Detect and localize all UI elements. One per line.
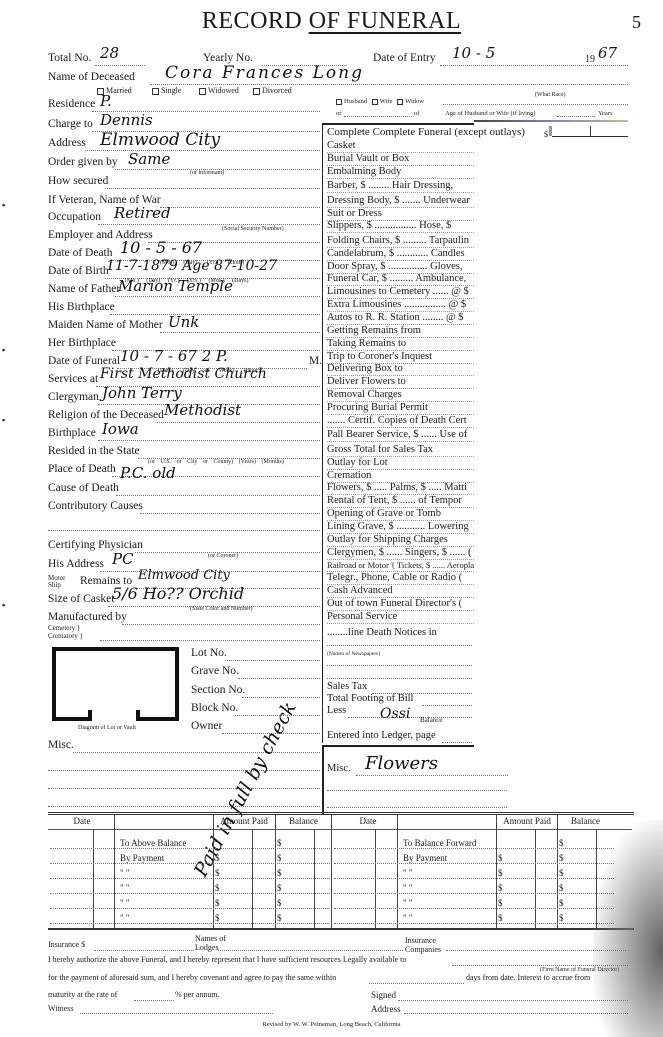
charge-item[interactable]: Pall Bearer Service, $ ...... Use of [327, 429, 474, 442]
signed-label: Signed [371, 990, 396, 1000]
how-secured-label: How secured [48, 175, 108, 187]
grave-no-label: Grave No. [191, 665, 239, 677]
ledger-row-balance[interactable]: $ [559, 883, 564, 893]
charge-item[interactable]: Suit or Dress [327, 208, 474, 221]
father-name-label: Name of Father [48, 283, 120, 295]
charge-to-label: Charge to [48, 118, 93, 130]
checkbox-icon [199, 88, 206, 95]
charges-box-top-ext [474, 120, 628, 122]
charge-item[interactable]: Burial Vault or Box [327, 153, 474, 166]
charge-item[interactable]: Deliver Flowers to [327, 376, 474, 389]
ledger-row-balance[interactable]: $ [277, 853, 282, 863]
size-of-casket-label: Size of Casket [48, 593, 114, 605]
ledger-row-amount[interactable]: $ [498, 898, 503, 908]
ledger-row-desc: By Payment [403, 853, 447, 863]
complete-funeral-label: Complete Complete Funeral (except outlay… [327, 126, 525, 138]
ledger-right-header-rule [332, 829, 632, 830]
marital-divorced[interactable]: Divorced [253, 86, 292, 95]
order-given-by-label: Order given by [48, 156, 118, 168]
name-of-deceased-value[interactable]: Cora Frances Long [165, 63, 364, 83]
age-spouse-label: Age of Husband or Wife (if living) [445, 110, 536, 117]
misc-right-line2[interactable] [327, 790, 507, 791]
title-record: RECORD [202, 8, 302, 34]
charge-item[interactable]: ....... Certif. Copies of Death Cert [327, 415, 474, 428]
date-of-funeral-value[interactable]: 10 - 7 - 67 2 P. [120, 347, 228, 365]
charge-item[interactable]: Folding Chairs, $ ......... Tarpaulin [327, 235, 474, 248]
ledger-vline [252, 830, 253, 928]
charge-item[interactable]: Telegr., Phone, Cable or Radio ( [327, 572, 474, 585]
charge-item[interactable]: Procuring Burial Permit [327, 402, 474, 415]
ledger-row-balance[interactable]: $ [559, 868, 564, 878]
margin-mark: ▪ [2, 200, 5, 210]
ledger-row-desc: " " [403, 868, 413, 878]
death-notices-label: ........line Death Notices in [327, 627, 437, 638]
section-no-label: Section No. [191, 684, 245, 696]
ledger-row-desc: To Balance Forward [403, 838, 476, 848]
lot-no-field[interactable] [225, 660, 320, 661]
balance-label: Balance [420, 716, 443, 724]
ledger-row-desc: " " [120, 913, 130, 923]
ledger-vline [93, 830, 94, 928]
ledger-left-amount-header: Amount Paid [214, 816, 274, 826]
checkbox-icon [152, 88, 159, 95]
ledger-left-date-header: Date [50, 816, 114, 826]
interest-rate-field[interactable] [134, 1000, 174, 1001]
charges-box-top [322, 123, 474, 125]
charge-item[interactable]: Funeral Car, $ ......... Ambulance, [327, 273, 474, 286]
religion-value[interactable]: Methodist [164, 401, 241, 419]
charge-item[interactable]: Flowers, $ ..... Palms, $ ..... Matti [327, 482, 474, 495]
ssn-note: (Social Security Number) [222, 226, 284, 232]
marital-single[interactable]: Single [152, 86, 181, 95]
total-no-line [95, 65, 145, 66]
mother-maiden-name-label: Maiden Name of Mother [48, 319, 163, 331]
revised-by-credit: Revised by W. W. Peineman, Long Beach, C… [0, 1021, 663, 1028]
ledger-divider [331, 815, 332, 928]
name-line [150, 84, 628, 85]
ledger-row-balance[interactable]: $ [277, 838, 282, 848]
ledger-right-date-header: Date [338, 816, 398, 826]
ledger-vline [375, 830, 376, 928]
total-footing-label: Total Footing of Bill [327, 693, 413, 704]
years-label: Years [598, 110, 613, 117]
marital-widowed[interactable]: Widowed [199, 86, 239, 95]
charge-item[interactable]: Out of town Funeral Director's ( [327, 598, 474, 611]
order-given-by-value[interactable]: Same [128, 150, 170, 168]
less-label: Less [327, 705, 346, 716]
lodges-field[interactable] [218, 950, 403, 951]
misc-left-line1[interactable] [73, 752, 320, 753]
ledger-row-line[interactable] [334, 923, 614, 924]
newspapers-line2[interactable] [327, 678, 472, 679]
contributory-causes-label: Contributory Causes [48, 500, 143, 512]
place-of-death-value[interactable]: P.C. old [120, 464, 176, 482]
ledger-row-balance[interactable]: $ [559, 853, 564, 863]
manufactured-by-label: Manufactured by [48, 611, 127, 623]
lot-diagram [52, 647, 179, 717]
ledger-vline [314, 830, 315, 928]
ledger-row-amount[interactable]: $ [215, 868, 220, 878]
size-of-casket-value[interactable]: 5/6 Ho?? Orchid [112, 584, 244, 603]
ledger-row-line[interactable] [334, 908, 614, 909]
ledger-row-line[interactable] [50, 923, 330, 924]
ledger-vline [397, 814, 398, 928]
ledger-row-line[interactable] [50, 848, 330, 849]
ledger-row-balance[interactable]: $ [277, 868, 282, 878]
cemetery-crematory-label: Cemetery }Crematory } [48, 624, 83, 640]
checkbox-icon [253, 88, 260, 95]
mother-birthplace-label: Her Birthplace [48, 337, 116, 349]
occupation-label: Occupation [48, 211, 101, 223]
clergyman-value[interactable]: John Terry [102, 384, 182, 402]
charge-item[interactable]: Limousines to Cemetery ...... @ $ [327, 286, 474, 299]
charge-item[interactable]: Cremation [327, 470, 474, 483]
witness-label: Witness [48, 1004, 73, 1013]
ledger-row-balance[interactable]: $ [559, 838, 564, 848]
authorization-line-2b: days from date. Interest to accrue from [466, 973, 590, 982]
address-label: Address [48, 137, 86, 149]
contributory-causes-line2[interactable] [48, 530, 320, 531]
misc-left-label: Misc. [48, 739, 74, 751]
charge-item[interactable]: Slippers, $ ................ Hose, $ [327, 220, 474, 233]
authorization-line-3a: maturity at the rate of [48, 990, 117, 999]
services-at-value[interactable]: First Methodist Church [100, 366, 267, 382]
address-footer-label: Address [371, 1004, 401, 1014]
ledger-vline [535, 830, 536, 928]
charge-item[interactable]: Casket [327, 140, 474, 153]
ledger-row-amount[interactable]: $ [498, 868, 503, 878]
dollar-sign: $ [544, 130, 548, 139]
insurance-label: Insurance $ [48, 940, 85, 949]
address-value[interactable]: Elmwood City [100, 130, 220, 150]
ledger-row-desc: " " [403, 883, 413, 893]
ledger-row-line[interactable] [334, 863, 614, 864]
ledger-row-line[interactable] [334, 893, 614, 894]
ledger-vline [557, 814, 558, 928]
remains-to-value[interactable]: Elmwood City [138, 568, 230, 583]
manufactured-by-field[interactable] [122, 624, 320, 625]
charge-item[interactable]: Opening of Grave or Tomb [327, 508, 474, 521]
name-of-deceased-label: Name of Deceased [48, 71, 135, 83]
charge-item[interactable]: Extra Limousines ................ @ $ [327, 299, 474, 312]
charge-item[interactable]: Door Spray, $ ............... Gloves, [327, 261, 474, 274]
ledger-row-amount[interactable]: $ [215, 853, 220, 863]
ledger-vline [275, 814, 276, 928]
page-title: RECORD OF FUNERAL [0, 8, 663, 35]
date-of-entry-label: Date of Entry [373, 52, 436, 64]
charge-item[interactable]: Removal Charges [327, 389, 474, 402]
charge-item[interactable]: Cash Advanced [327, 585, 474, 598]
grave-no-field[interactable] [238, 678, 320, 679]
how-secured-field[interactable] [105, 188, 320, 189]
place-of-death-label: Place of Death [48, 463, 116, 475]
title-of-funeral: OF FUNERAL [309, 8, 461, 34]
ledger-row-amount[interactable]: $ [215, 898, 220, 908]
diagram-gate-left [88, 710, 92, 721]
page-number: 5 [632, 12, 641, 33]
margin-mark: ▪ [2, 600, 5, 610]
charge-item[interactable]: Barber, $ ........ Hair Dressing, [327, 180, 474, 193]
physician-address-label: His Address [48, 558, 104, 570]
ledger-row-amount[interactable]: $ [498, 883, 503, 893]
of-label: of [414, 110, 419, 117]
clergyman-label: Clergyman [48, 391, 99, 403]
newspapers-note: (Names of Newspapers) [327, 651, 380, 657]
misc-left-line3[interactable] [48, 788, 320, 789]
charge-item[interactable]: Clergymen, $ ...... Singers, $ ...... ( [327, 547, 474, 560]
what-race-note: (What Race) [535, 92, 565, 98]
ledger-row-balance[interactable]: $ [559, 898, 564, 908]
block-no-label: Block No. [191, 702, 238, 714]
father-birthplace-field[interactable] [110, 314, 320, 315]
spouse-options[interactable]: Husband Wife Widow [336, 98, 424, 105]
death-notices-line[interactable] [327, 645, 472, 646]
charge-to-value[interactable]: Dennis [100, 111, 153, 129]
birthplace-label: Birthplace [48, 427, 96, 439]
charge-item[interactable]: Embalming Body [327, 166, 474, 179]
insurance-companies-label: InsuranceCompanies [405, 936, 441, 954]
ledger-row-desc: To Above Balance [120, 838, 186, 848]
year-prefix: 19 [585, 54, 595, 65]
resided-in-state-label: Resided in the State [48, 445, 140, 457]
ledger-left-header-rule [48, 829, 331, 830]
date-of-death-label: Date of Death [48, 247, 113, 259]
casket-note: (State Color and Number) [190, 606, 252, 612]
ledger-right-amount-header: Amount Paid [497, 816, 557, 826]
year-value[interactable]: 67 [598, 44, 617, 62]
ledger-left-balance-header: Balance [276, 816, 331, 826]
charge-item[interactable]: Taking Remains to [327, 338, 474, 351]
age-spouse-field[interactable] [557, 116, 595, 117]
date-of-birth-label: Date of Birth [48, 265, 109, 277]
authorization-line-2a: for the payment of aforesaid sum, and I … [48, 973, 336, 982]
date-of-entry-line [440, 65, 628, 66]
ledger-row-balance[interactable]: $ [559, 913, 564, 923]
father-birthplace-label: His Birthplace [48, 301, 115, 313]
total-no-label: Total No. [48, 52, 91, 64]
charge-item[interactable]: Dressing Body, $ ....... Underwear [327, 195, 474, 208]
date-of-birth-value[interactable]: 11-7-1879 Age 87-10-27 [106, 258, 277, 274]
misc-right-value[interactable]: Flowers [365, 753, 438, 774]
services-at-label: Services at [48, 373, 98, 385]
misc-right-label: Misc. [327, 763, 351, 774]
total-footing-field[interactable] [422, 705, 472, 706]
charge-item[interactable]: Autos to R. R. Station ........ @ $ [327, 312, 474, 325]
charges-box-bottom [322, 745, 474, 747]
cents-divider [590, 126, 591, 137]
father-name-value[interactable]: Marion Temple [118, 277, 233, 295]
ledger-row-line[interactable] [50, 908, 330, 909]
owner-label: Owner [191, 720, 222, 732]
insurance-amount-field[interactable] [94, 950, 194, 951]
ledger-row-amount[interactable]: $ [498, 913, 503, 923]
ledger-row-line[interactable] [50, 878, 330, 879]
ledger-row-desc: " " [120, 883, 130, 893]
residence-label: Residence [48, 98, 95, 110]
ledger-row-desc: " " [403, 913, 413, 923]
cause-of-death-field[interactable] [116, 495, 320, 496]
misc-left-line4[interactable] [48, 806, 320, 807]
charge-item[interactable]: Getting Remains from [327, 325, 474, 338]
balance-annotation: Ossi [380, 706, 410, 722]
authorization-line-3b: % per annum. [175, 990, 220, 999]
charge-item[interactable]: Outlay for Lot [327, 457, 474, 470]
am-pm-suffix: M. [309, 355, 322, 367]
ledger-row-balance[interactable]: $ [277, 898, 282, 908]
residence-value[interactable]: P. [100, 92, 112, 110]
charge-item[interactable]: Outlay for Shipping Charges [327, 534, 474, 547]
charge-item[interactable]: Railroad or Motor { Tickets, $ ...... Ae… [327, 559, 474, 572]
margin-mark: ▪ [2, 415, 5, 425]
total-no-value[interactable]: 28 [100, 44, 119, 62]
ledger-page-field[interactable] [442, 742, 472, 743]
ledger-row-desc: By Payment [120, 853, 164, 863]
charge-item[interactable]: Delivering Box to [327, 363, 474, 376]
ledger-row-amount[interactable]: $ [215, 883, 220, 893]
charge-item[interactable]: Lining Grave, $ ........... Lowering [327, 521, 474, 534]
ledger-row-line[interactable] [334, 878, 614, 879]
charge-item[interactable]: Trip to Coroner's Inquest [327, 351, 474, 364]
ledger-vline [496, 814, 497, 928]
mother-maiden-name-value[interactable]: Unk [168, 313, 199, 331]
price-marker [549, 126, 552, 136]
veteran-war-field[interactable] [160, 207, 320, 208]
ledger-row-line[interactable] [50, 893, 330, 894]
ledger-row-desc: " " [120, 898, 130, 908]
days-field[interactable] [369, 983, 464, 984]
charge-item[interactable]: Personal Service [327, 611, 474, 624]
ledger-row-balance[interactable]: $ [277, 883, 282, 893]
ledger-row-amount[interactable]: $ [215, 913, 220, 923]
occupation-value[interactable]: Retired [114, 204, 171, 222]
lot-no-label: Lot No. [191, 647, 227, 659]
contributory-causes-field[interactable] [140, 513, 320, 514]
ledger-row-desc: " " [120, 868, 130, 878]
diagram-base-left [52, 717, 92, 721]
cemetery-field[interactable] [100, 640, 320, 641]
misc-right-line3[interactable] [327, 807, 507, 808]
charge-item[interactable]: Candelabrum, $ ............ Candles [327, 248, 474, 261]
ledger-row-balance[interactable]: $ [277, 913, 282, 923]
cause-of-death-label: Cause of Death [48, 482, 119, 494]
scan-shadow [593, 820, 663, 1037]
ledger-page-label: Entered into Ledger, page [327, 730, 436, 741]
sales-tax-label: Sales Tax [327, 681, 367, 692]
race-field[interactable] [443, 104, 628, 105]
charge-item[interactable]: Rental of Tent, $ ...... of Tempor [327, 495, 474, 508]
ledger-row-line[interactable] [334, 848, 614, 849]
diagram-caption: Diagram of Lot or Vault [78, 725, 136, 731]
margin-mark: ▪ [2, 345, 5, 355]
misc-left-line2[interactable] [48, 770, 320, 771]
motor-ship-label: MotorShip [48, 575, 66, 589]
date-of-death-value[interactable]: 10 - 5 - 67 [120, 238, 202, 257]
ledger-row-line[interactable] [50, 863, 330, 864]
ledger-vline [114, 814, 115, 928]
authorization-line-1: I hereby authorize the above Funeral, an… [48, 955, 406, 964]
diagram-gate-right [136, 710, 140, 721]
diagram-base-right [136, 717, 179, 721]
spouse-name-field[interactable] [344, 116, 412, 117]
charge-item[interactable]: Gross Total for Sales Tax [327, 444, 474, 457]
witness-field[interactable] [80, 1013, 273, 1014]
ledger-row-amount[interactable]: $ [498, 853, 503, 863]
ledger-vline [213, 814, 214, 928]
charges-box-left-ext [322, 745, 324, 815]
newspapers-line1[interactable] [327, 665, 472, 666]
date-of-entry-value[interactable]: 10 - 5 [452, 44, 495, 62]
ledger-row-desc: " " [403, 898, 413, 908]
birthplace-value[interactable]: Iowa [102, 420, 139, 438]
coroner-note: (or Coroner) [208, 553, 238, 559]
or-label: or [336, 110, 341, 117]
physician-address-value[interactable]: PC [112, 550, 134, 568]
informant-note: (or informant) [190, 170, 224, 176]
